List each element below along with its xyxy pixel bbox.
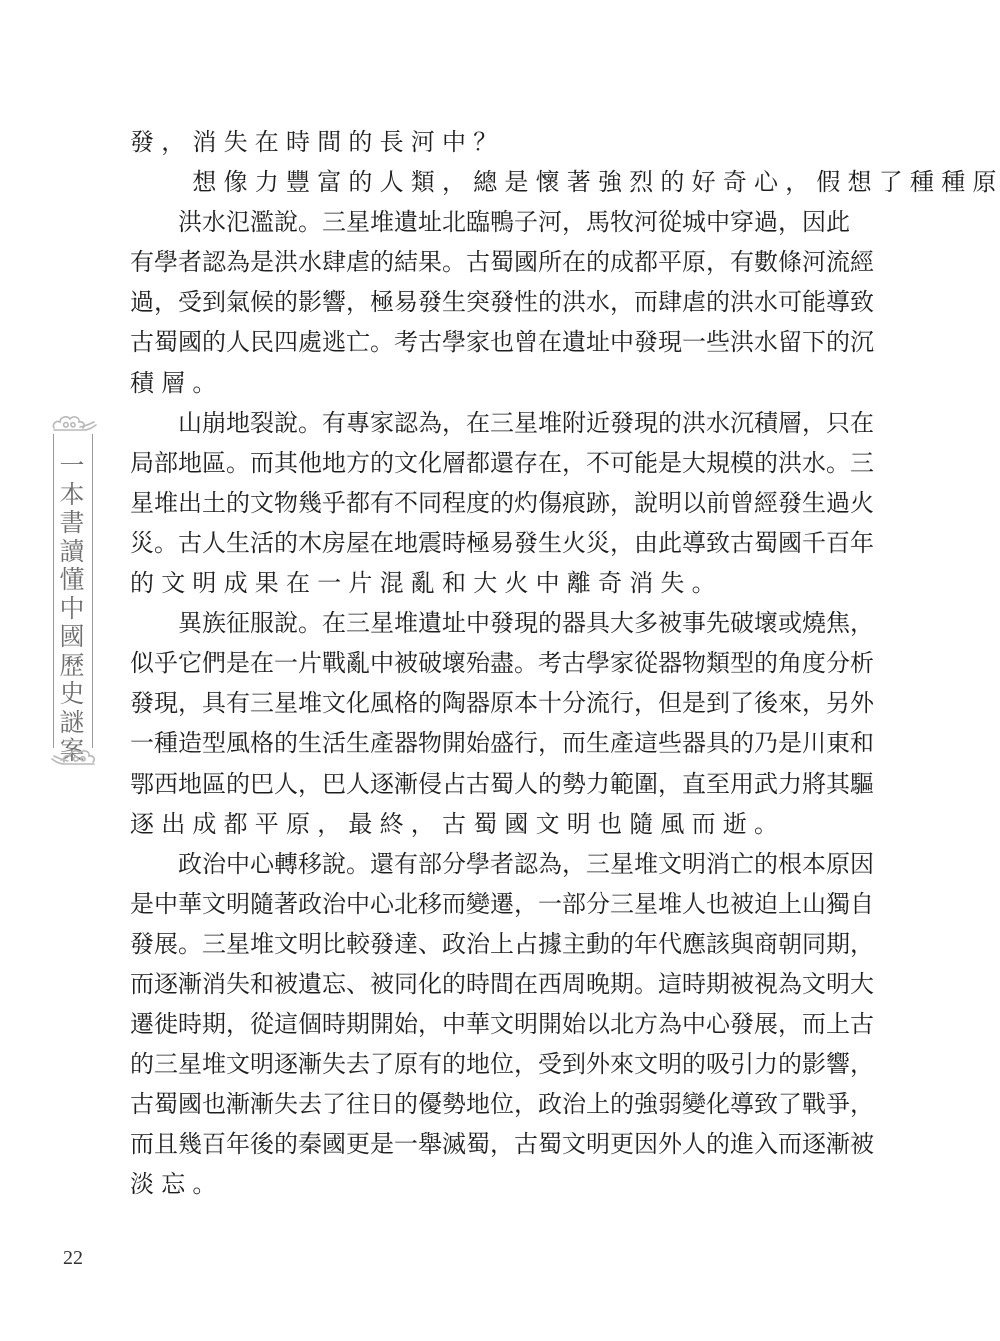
text-line: 遷徙時期，從這個時期開始，中華文明開始以北方為中心發展，而上古 (130, 1004, 838, 1044)
title-char: 讀 (59, 538, 84, 567)
text-line: 積層。 (130, 363, 838, 403)
text-line: 淡忘。 (130, 1164, 838, 1204)
text-line: 政治中心轉移說。還有部分學者認為，三星堆文明消亡的根本原因 (130, 844, 838, 884)
title-char: 史 (59, 680, 84, 709)
running-title: 一 本 書 讀 懂 中 國 歷 史 謎 案 (46, 412, 100, 772)
text-line: 異族征服說。在三星堆遺址中發現的器具大多被事先破壞或燒焦， (130, 603, 838, 643)
title-char: 懂 (59, 566, 84, 595)
title-char: 謎 (59, 709, 84, 738)
text-line: 想像力豐富的人類，總是懷著強烈的好奇心，假想了種種原因。 (130, 162, 838, 202)
text-line: 的文明成果在一片混亂和大火中離奇消失。 (130, 563, 838, 603)
title-char: 本 (59, 481, 84, 510)
title-char: 國 (59, 623, 84, 652)
cloud-ornament-icon (50, 746, 98, 768)
running-title-text: 一 本 書 讀 懂 中 國 歷 史 謎 案 (46, 452, 98, 766)
text-line: 局部地區。而其他地方的文化層都還存在，不可能是大規模的洪水。三 (130, 443, 838, 483)
text-line: 發現，具有三星堆文化風格的陶器原本十分流行，但是到了後來，另外 (130, 683, 838, 723)
text-line: 洪水氾濫說。三星堆遺址北臨鴨子河，馬牧河從城中穿過，因此 (130, 202, 838, 242)
text-line: 古蜀國也漸漸失去了往日的優勢地位，政治上的強弱變化導致了戰爭， (130, 1084, 838, 1124)
text-line: 一種造型風格的生活生產器物開始盛行，而生產這些器具的乃是川東和 (130, 723, 838, 763)
page-number: 22 (63, 1247, 83, 1270)
text-line: 過，受到氣候的影響，極易發生突發性的洪水，而肆虐的洪水可能導致 (130, 282, 838, 322)
text-line: 而且幾百年後的秦國更是一舉滅蜀，古蜀文明更因外人的進入而逐漸被 (130, 1124, 838, 1164)
body-text: 發，消失在時間的長河中？ 想像力豐富的人類，總是懷著強烈的好奇心，假想了種種原因… (130, 122, 838, 1205)
text-line: 的三星堆文明逐漸失去了原有的地位，受到外來文明的吸引力的影響， (130, 1044, 838, 1084)
title-char: 書 (59, 509, 84, 538)
text-line: 發，消失在時間的長河中？ (130, 122, 838, 162)
text-line: 而逐漸消失和被遺忘、被同化的時間在西周晚期。這時期被視為文明大 (130, 964, 838, 1004)
title-char: 一 (59, 452, 84, 481)
title-char: 中 (59, 595, 84, 624)
text-line: 有學者認為是洪水肆虐的結果。古蜀國所在的成都平原，有數條河流經 (130, 242, 838, 282)
text-line: 鄂西地區的巴人，巴人逐漸侵占古蜀人的勢力範圍，直至用武力將其驅 (130, 764, 838, 804)
book-page: 一 本 書 讀 懂 中 國 歷 史 謎 案 發，消失在時間的長河中？ 想像力豐富… (0, 0, 1000, 1341)
text-line: 發展。三星堆文明比較發達、政治上占據主動的年代應該與商朝同期， (130, 924, 838, 964)
text-line: 是中華文明隨著政治中心北移而變遷，一部分三星堆人也被迫上山獨自 (130, 884, 838, 924)
text-line: 逐出成都平原，最終，古蜀國文明也隨風而逝。 (130, 804, 838, 844)
text-line: 星堆出土的文物幾乎都有不同程度的灼傷痕跡，說明以前曾經發生過火 (130, 483, 838, 523)
text-line: 災。古人生活的木房屋在地震時極易發生火災，由此導致古蜀國千百年 (130, 523, 838, 563)
text-line: 山崩地裂說。有專家認為，在三星堆附近發現的洪水沉積層，只在 (130, 403, 838, 443)
text-line: 古蜀國的人民四處逃亡。考古學家也曾在遺址中發現一些洪水留下的沉 (130, 322, 838, 362)
cloud-ornament-icon (50, 412, 98, 434)
title-char: 歷 (59, 652, 84, 681)
text-line: 似乎它們是在一片戰亂中被破壞殆盡。考古學家從器物類型的角度分析 (130, 643, 838, 683)
